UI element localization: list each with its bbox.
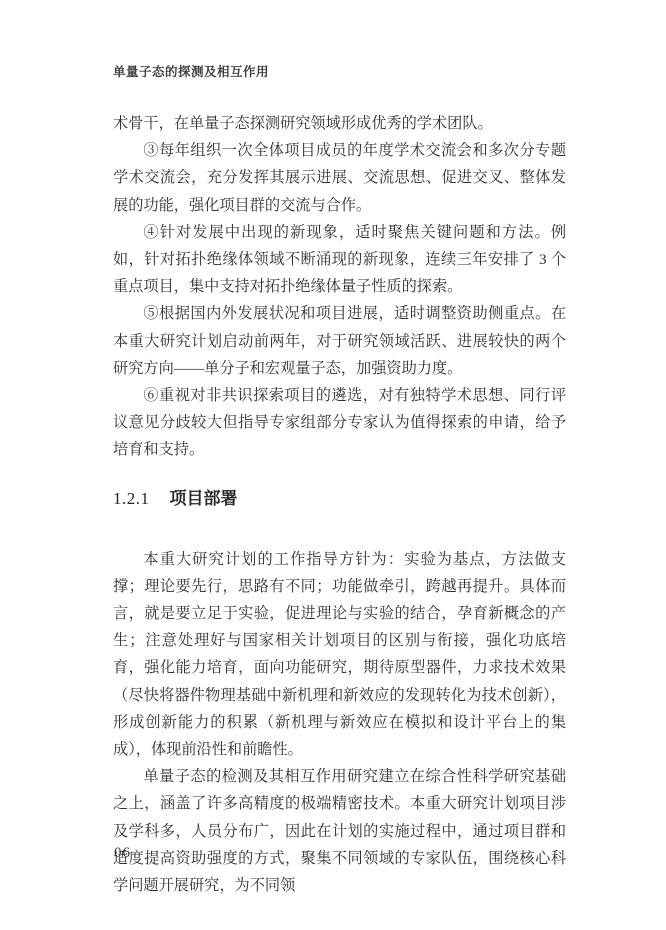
paragraph-item-4: ④针对发展中出现的新现象，适时聚焦关键问题和方法。例如，针对拓扑绝缘体领域不断涌…	[113, 219, 566, 301]
running-header: 单量子态的探测及相互作用	[113, 62, 269, 80]
page-number: 06	[114, 845, 131, 862]
section-title: 项目部署	[170, 489, 238, 508]
paragraph-detection: 单量子态的检测及其相互作用研究建立在综合性科学研究基础之上，涵盖了许多高精度的极…	[113, 763, 566, 899]
section-heading: 1.2.1项目部署	[113, 485, 566, 512]
paragraph-item-6: ⑥重视对非共识探索项目的遴选，对有独特学术思想、同行评议意见分歧较大但指导专家组…	[113, 382, 566, 464]
page-content: 术骨干，在单量子态探测研究领域形成优秀的学术团队。 ③每年组织一次全体项目成员的…	[113, 110, 566, 899]
document-page: 单量子态的探测及相互作用 术骨干，在单量子态探测研究领域形成优秀的学术团队。 ③…	[0, 0, 666, 930]
paragraph-continuation: 术骨干，在单量子态探测研究领域形成优秀的学术团队。	[113, 110, 566, 137]
paragraph-item-5: ⑤根据国内外发展状况和项目进展，适时调整资助侧重点。在本重大研究计划启动前两年，…	[113, 300, 566, 382]
section-number: 1.2.1	[113, 489, 150, 508]
paragraph-guideline: 本重大研究计划的工作指导方针为：实验为基点，方法做支撑；理论要先行，思路有不同；…	[113, 546, 566, 764]
paragraph-item-3: ③每年组织一次全体项目成员的年度学术交流会和多次分专题学术交流会，充分发挥其展示…	[113, 137, 566, 219]
